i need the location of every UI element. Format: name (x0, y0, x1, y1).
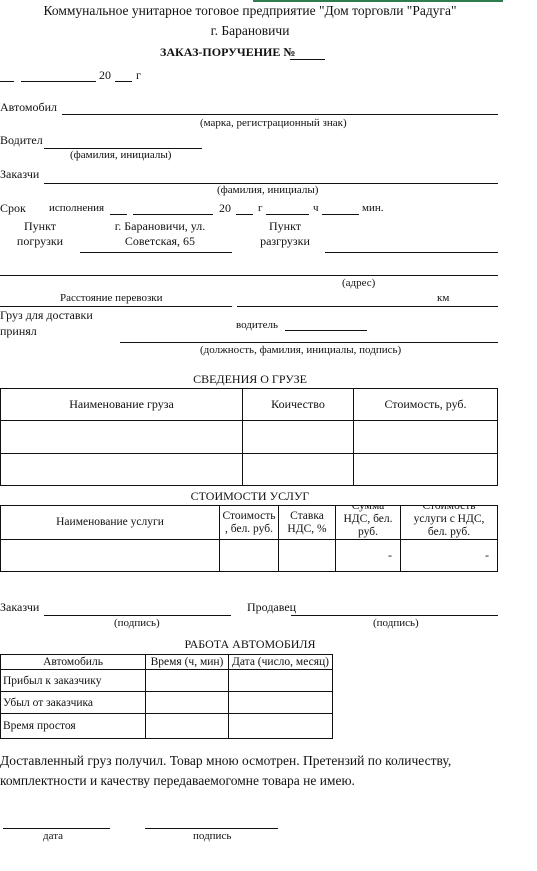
cargo-accepted-label-2: принял (0, 324, 37, 339)
services-header-row: Наименование услуги Стоимость , бел. руб… (1, 506, 498, 540)
deadline-label: Срок (0, 201, 26, 216)
address-hint: (адрес) (342, 277, 375, 289)
work-cell[interactable] (229, 714, 333, 739)
work-row-label: Время простоя (1, 714, 146, 739)
services-col-vat-sum: Сумма НДС, бел. руб. (336, 506, 401, 540)
table-row: Время простоя (1, 714, 333, 739)
cargo-cell[interactable] (243, 454, 354, 486)
receipt-statement-line-1: Доставленный груз получил. Товар мною ос… (0, 753, 451, 769)
deadline-year-prefix: 20 (219, 201, 231, 216)
table-row: Убыл от заказчика (1, 692, 333, 714)
work-row-label: Прибыл к заказчику (1, 670, 146, 692)
driver-hint: (фамилия, инициалы) (70, 149, 171, 161)
cargo-cell[interactable] (354, 421, 498, 454)
table-row (1, 454, 498, 486)
cargo-section-title: СВЕДЕНИЯ О ГРУЗЕ (0, 372, 500, 387)
document-title: ЗАКАЗ-ПОРУЧЕНИЕ № (160, 45, 295, 60)
signature-field[interactable] (145, 828, 278, 829)
customer-signature-hint: (подпись) (114, 617, 160, 629)
work-section-title: РАБОТА АВТОМОБИЛЯ (0, 637, 500, 652)
cargo-cell[interactable] (1, 421, 243, 454)
deadline-day-field[interactable] (110, 214, 127, 215)
cargo-col-name: Наименование груза (1, 389, 243, 421)
service-cell[interactable] (279, 540, 336, 572)
service-cell[interactable] (1, 540, 220, 572)
cargo-accepted-label-1: Груз для доставки (0, 308, 93, 323)
day-field[interactable] (0, 81, 14, 82)
address-field[interactable] (0, 275, 498, 276)
unload-point-label-2: разгрузки (255, 234, 315, 249)
cargo-cell[interactable] (354, 454, 498, 486)
seller-signature-field[interactable] (291, 615, 498, 616)
customer-signature-field[interactable] (44, 615, 231, 616)
deadline-label-2: исполнения (49, 202, 104, 214)
load-point-field[interactable] (80, 252, 232, 253)
cargo-cell[interactable] (1, 454, 243, 486)
work-col-date: Дата (число, месяц) (229, 655, 333, 670)
customer-signature-label: Заказчи (0, 600, 39, 615)
year-suffix: г (136, 68, 141, 83)
services-col-cost: Стоимость , бел. руб. (220, 506, 279, 540)
deadline-hour-field[interactable] (266, 214, 309, 215)
deadline-year-suffix: г (258, 202, 263, 214)
work-cell[interactable] (229, 692, 333, 714)
distance-label: Расстояние перевозки (60, 292, 163, 304)
cargo-header-row: Наименование груза Коичество Стоимость, … (1, 389, 498, 421)
work-cell[interactable] (146, 714, 229, 739)
deadline-minute-field[interactable] (322, 214, 359, 215)
load-point-label-2: погрузки (10, 234, 70, 249)
month-field[interactable] (21, 81, 96, 82)
receipt-statement-line-2: комплектности и качеству передаваемогомн… (0, 773, 355, 789)
unload-point-field[interactable] (325, 252, 498, 253)
deadline-month-field[interactable] (133, 214, 213, 215)
table-row: - - (1, 540, 498, 572)
distance-label-underline (0, 306, 232, 307)
work-cell[interactable] (146, 670, 229, 692)
work-cell[interactable] (146, 692, 229, 714)
cargo-col-cost: Стоимость, руб. (354, 389, 498, 421)
city-name: г. Барановичи (0, 23, 500, 39)
work-col-car: Автомобиль (1, 655, 146, 670)
load-point-value-1: г. Барановичи, ул. (100, 219, 220, 234)
distance-field[interactable] (237, 306, 498, 307)
selection-highlight (253, 0, 503, 2)
seller-signature-label: Продавец (247, 600, 296, 615)
car-label: Автомобил (0, 100, 57, 115)
date-label: дата (43, 830, 63, 842)
cargo-accepted-field[interactable] (120, 342, 498, 343)
table-row: Прибыл к заказчику (1, 670, 333, 692)
customer-label: Заказчи (0, 167, 39, 182)
work-col-time: Время (ч, мин) (146, 655, 229, 670)
document-number-field[interactable] (290, 59, 325, 60)
driver-sign-field[interactable] (285, 330, 367, 331)
work-row-label: Убыл от заказчика (1, 692, 146, 714)
table-row (1, 421, 498, 454)
services-section-title: СТОИМОСТИ УСЛУГ (0, 489, 500, 504)
deadline-minute-label: мин. (362, 202, 383, 214)
service-cell[interactable]: - (336, 540, 401, 572)
unload-point-label-1: Пункт (255, 219, 315, 234)
car-hint: (марка, регистрационный знак) (200, 117, 347, 129)
service-cell[interactable]: - (401, 540, 498, 572)
work-cell[interactable] (229, 670, 333, 692)
services-col-vat-rate: Ставка НДС, % (279, 506, 336, 540)
distance-unit: км (437, 292, 449, 304)
organization-name: Коммунальное унитарное тоговое предприят… (0, 3, 500, 19)
year-prefix: 20 (99, 68, 111, 83)
deadline-year-field[interactable] (236, 214, 253, 215)
driver-sign-label: водитель (236, 319, 278, 331)
deadline-hour-label: ч (313, 202, 319, 214)
seller-signature-hint: (подпись) (373, 617, 419, 629)
driver-label: Водител (0, 133, 43, 148)
date-field[interactable] (3, 828, 110, 829)
load-point-value-2: Советская, 65 (100, 234, 220, 249)
cargo-col-quantity: Коичество (243, 389, 354, 421)
work-header-row: Автомобиль Время (ч, мин) Дата (число, м… (1, 655, 333, 670)
services-table: Наименование услуги Стоимость , бел. руб… (0, 505, 498, 572)
cargo-table: Наименование груза Коичество Стоимость, … (0, 388, 498, 486)
work-table: Автомобиль Время (ч, мин) Дата (число, м… (0, 654, 333, 739)
cargo-accepted-hint: (должность, фамилия, инициалы, подпись) (200, 344, 401, 356)
year-field[interactable] (115, 81, 132, 82)
services-col-name: Наименование услуги (1, 506, 220, 540)
load-point-label-1: Пункт (14, 219, 66, 234)
services-col-total: Стоимость услуги с НДС, бел. руб. (401, 506, 498, 540)
cargo-cell[interactable] (243, 421, 354, 454)
service-cell[interactable] (220, 540, 279, 572)
car-field[interactable] (62, 114, 498, 115)
signature-label: подпись (193, 830, 231, 842)
customer-hint: (фамилия, инициалы) (217, 184, 318, 196)
